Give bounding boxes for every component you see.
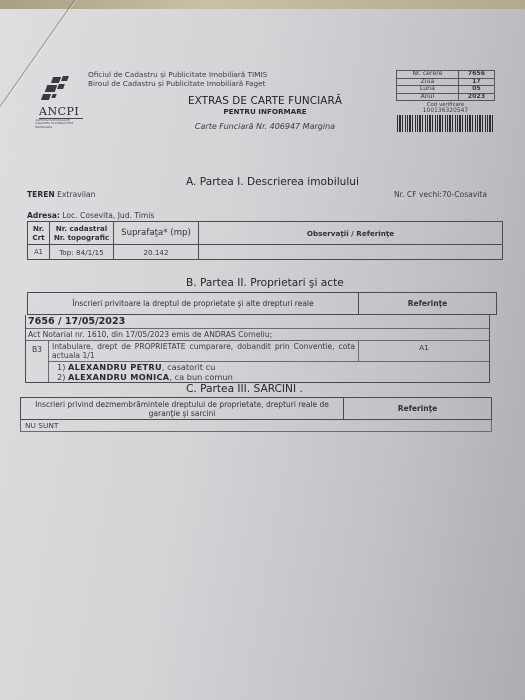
request-value: 2023 (458, 93, 494, 101)
barcode-icon (397, 115, 493, 132)
document-title: EXTRAS DE CARTE FUNCIARĂ (180, 95, 350, 107)
col-rights: Înscrieri privitoare la dreptul de propr… (28, 293, 359, 314)
request-table: Nr. cerere 7656 Ziua 17 Luna 05 Anul 202… (396, 70, 495, 101)
owner-name: ALEXANDRU MONICA (68, 372, 169, 382)
cell-notes (199, 245, 503, 260)
address-value: Loc. Cosevita, Jud. Timis (60, 211, 154, 220)
property-table: Nr. Crt Nr. cadastral Nr. topografic Sup… (27, 221, 503, 260)
request-label: Anul (397, 93, 459, 101)
ancpi-logo-icon (30, 75, 90, 105)
cell-area: 20.142 (114, 245, 199, 260)
notarial-act: Act Notarial nr. 1610, din 17/05/2023 em… (26, 329, 489, 341)
owners-table-header: Înscrieri privitoare la dreptul de propr… (27, 292, 497, 315)
owner-note: , casatorit cu (162, 362, 215, 372)
owner-index: 2) (57, 372, 65, 382)
col-encumbrances: Inscrieri privind dezmembrămintele drept… (21, 398, 344, 419)
encumbrances-table: Inscrieri privind dezmembrămintele drept… (20, 397, 492, 432)
owners-table-body: 7656 / 17/05/2023 Act Notarial nr. 1610,… (25, 315, 490, 383)
table-row: A1 Top: 84/1/15 20.142 (28, 245, 503, 260)
entry-code: B3 (26, 341, 49, 382)
request-info-box: Nr. cerere 7656 Ziua 17 Luna 05 Anul 202… (396, 70, 495, 132)
carte-funciara-number: Carte Funciară Nr. 406947 Margina (180, 122, 350, 131)
entry-main: Intabulare, drept de PROPRIETATE cumpara… (49, 341, 489, 362)
property-type-bold: TEREN (27, 190, 55, 199)
logo-name: ANCPI (39, 105, 83, 119)
owner-note: , ca bun comun (169, 372, 232, 382)
request-row: Nr. cerere 7656 (397, 71, 495, 79)
owner-item: 2) ALEXANDRU MONICA, ca bun comun (49, 372, 489, 382)
old-cf-number: Nr. CF vechi:70-Cosavita (394, 190, 487, 199)
property-table-header: Nr. Crt Nr. cadastral Nr. topografic Sup… (28, 222, 503, 245)
property-type-rest: Extravilan (55, 190, 96, 199)
request-row: Luna 05 (397, 86, 495, 94)
issuing-office: Oficiul de Cadastru și Publicitate Imobi… (88, 70, 267, 88)
office-line: Biroul de Cadastru și Publicitate Imobil… (88, 79, 267, 88)
verification-code: 100136320547 (396, 108, 495, 114)
registration-number: 7656 / 17/05/2023 (26, 315, 489, 329)
entry-text: Intabulare, drept de PROPRIETATE cumpara… (49, 341, 359, 361)
cell-cadastral: Top: 84/1/15 (50, 245, 114, 260)
col-cadastral: Nr. cadastral Nr. topografic (50, 222, 114, 245)
entry-reference: A1 (359, 341, 489, 361)
office-line: Oficiul de Cadastru și Publicitate Imobi… (88, 70, 267, 79)
property-type: TEREN Extravilan (27, 190, 95, 199)
request-value: 7656 (458, 71, 494, 79)
encumbrances-table-header: Inscrieri privind dezmembrămintele drept… (20, 397, 492, 420)
request-label: Luna (397, 86, 459, 94)
owner-item: 1) ALEXANDRU PETRU, casatorit cu (49, 362, 489, 372)
address-label: Adresa: (27, 211, 60, 220)
document-title-block: EXTRAS DE CARTE FUNCIARĂ PENTRU INFORMAR… (180, 95, 350, 131)
part-a-title: A. Partea I. Descrierea imobilului (186, 176, 359, 188)
owner-name: ALEXANDRU PETRU (68, 362, 162, 372)
address: Adresa: Loc. Cosevita, Jud. Timis (27, 211, 154, 220)
request-label: Nr. cerere (397, 71, 459, 79)
request-row: Anul 2023 (397, 93, 495, 101)
encumbrances-value: NU SUNT (20, 420, 492, 432)
cell-nr-crt: A1 (28, 245, 50, 260)
owners-table: Înscrieri privitoare la dreptul de propr… (27, 292, 497, 383)
logo-subtitle: Agentia Nationala de Cadastru si Publici… (35, 119, 85, 129)
col-references: Referinţe (344, 398, 491, 419)
ownership-entry: B3 Intabulare, drept de PROPRIETATE cump… (26, 341, 489, 382)
ancpi-logo: ANCPI Agentia Nationala de Cadastru si P… (30, 75, 90, 129)
part-b-title: B. Partea II. Proprietari şi acte (186, 277, 344, 289)
document-subtitle: PENTRU INFORMARE (180, 107, 350, 116)
request-value: 05 (458, 86, 494, 94)
col-nr-crt: Nr. Crt (28, 222, 50, 245)
col-references: Referinţe (359, 293, 496, 314)
col-area: Suprafaţa* (mp) (114, 222, 199, 245)
entry-details: Intabulare, drept de PROPRIETATE cumpara… (49, 341, 489, 382)
part-c-title: C. Partea III. SARCINI . (186, 383, 303, 395)
col-notes: Observaţii / Referinţe (199, 222, 503, 245)
background-surface (0, 0, 525, 9)
owner-index: 1) (57, 362, 65, 372)
